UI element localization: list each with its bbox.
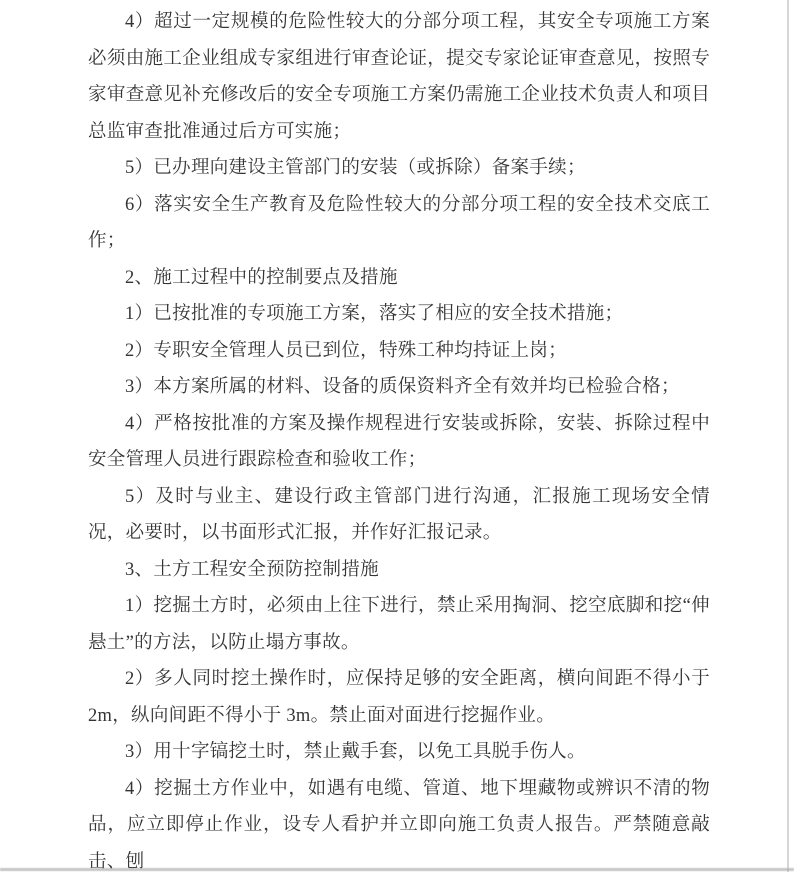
paragraph-item-4-buried-objects: 4）挖掘土方作业中，如遇有电缆、管道、地下埋藏物或辨识不清的物品，应立即停止作业… — [88, 771, 710, 872]
paragraph-item-2-safe-distance: 2）多人同时挖土操作时，应保持足够的安全距离，横向间距不得小于2m，纵向间距不得… — [88, 661, 710, 734]
paragraph-item-1-dig-top-down: 1）挖掘土方时，必须由上往下进行，禁止采用掏洞、挖空底脚和挖“伸悬土”的方法，以… — [88, 588, 710, 661]
paragraph-item-4-expert-review: 4）超过一定规模的危险性较大的分部分项工程，其安全专项施工方案必须由施工企业组成… — [88, 4, 710, 150]
scan-edge-right-line — [787, 0, 789, 872]
paragraph-item-4-install-dismantle: 4）严格按批准的方案及操作规程进行安装或拆除，安装、拆除过程中安全管理人员进行跟… — [88, 406, 710, 479]
paragraph-item-6-safety-education: 6）落实安全生产教育及危险性较大的分部分项工程的安全技术交底工作； — [88, 187, 710, 260]
paragraph-item-5-filing-procedure: 5）已办理向建设主管部门的安装（或拆除）备案手续； — [88, 150, 710, 187]
paragraph-item-1-approved-plan: 1）已按批准的专项施工方案，落实了相应的安全技术措施； — [88, 296, 710, 333]
paragraph-item-2-safety-personnel: 2）专职安全管理人员已到位，特殊工种均持证上岗； — [88, 333, 710, 370]
section-heading-earthwork-safety: 3、土方工程安全预防控制措施 — [88, 552, 710, 589]
section-heading-construction-control: 2、施工过程中的控制要点及措施 — [88, 260, 710, 297]
paragraph-item-3-material-quality: 3）本方案所属的材料、设备的质保资料齐全有效并均已检验合格； — [88, 369, 710, 406]
scan-edge-bottom-line — [0, 868, 794, 871]
document-page: 4）超过一定规模的危险性较大的分部分项工程，其安全专项施工方案必须由施工企业组成… — [0, 0, 794, 872]
paragraph-item-3-pickaxe-gloves: 3）用十字镐挖土时，禁止戴手套，以免工具脱手伤人。 — [88, 734, 710, 771]
paragraph-item-5-report-owner: 5）及时与业主、建设行政主管部门进行沟通，汇报施工现场安全情况，必要时，以书面形… — [88, 479, 710, 552]
